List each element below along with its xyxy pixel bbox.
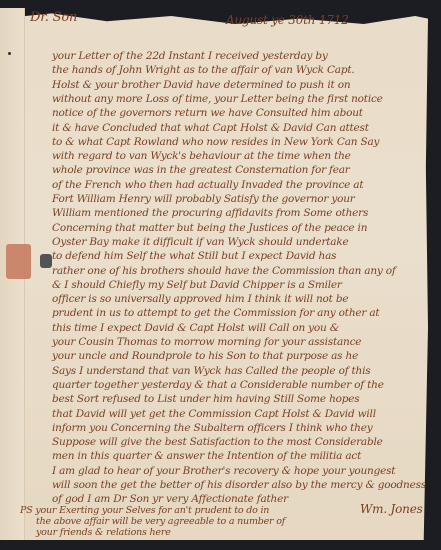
letter-line: it & have Concluded that what Capt Holst… (52, 122, 427, 134)
letter-line: Fort William Henry will probably Satisfy… (52, 193, 427, 205)
letter-line: best Sort refused to List under him havi… (52, 393, 427, 405)
letter-line: Suppose will give the best Satisfaction … (52, 436, 427, 448)
letter-line: notice of the governors return we have C… (52, 107, 427, 119)
ink-blot (40, 254, 52, 268)
letter-line: Holst & your brother David have determin… (52, 79, 427, 91)
signature: Wm. Jones (360, 502, 423, 516)
postscript-line: PS your Exerting your Selves for an't pr… (20, 505, 269, 516)
letter-line: to defend him Self the what Still but I … (52, 250, 427, 262)
wax-seal-remnant (6, 244, 31, 279)
letter-line: Oyster Bay make it difficult if van Wyck… (52, 236, 427, 248)
postscript-line: your friends & relations here (36, 527, 171, 538)
letter-line: whole province was in the greatest Const… (52, 164, 427, 176)
letter-line: without any more Loss of time, your Lett… (52, 93, 427, 105)
letter-line: Says I understand that van Wyck has Call… (52, 365, 427, 377)
letter-line: that David will yet get the Commission C… (52, 408, 427, 420)
letter-line: the hands of John Wright as to the affai… (52, 64, 427, 76)
letter-line: will soon the get the better of his diso… (52, 479, 427, 491)
letter-line: with regard to van Wyck's behaviour at t… (52, 150, 427, 162)
postscript-line: the above affair will be very agreeable … (36, 516, 285, 527)
letter-line: I am glad to hear of your Brother's reco… (52, 465, 427, 477)
letter-line: William mentioned the procuring affidavi… (52, 207, 427, 219)
letter-line: Concerning that matter but being the Jus… (52, 222, 427, 234)
letter-line: this time I expect David & Capt Holst wi… (52, 322, 427, 334)
letter-line: & I should Chiefly my Self but David Chi… (52, 279, 427, 291)
letter-line: your uncle and Roundprole to his Son to … (52, 350, 427, 362)
salutation: Dr. Son (30, 10, 77, 25)
letter-date: August ye 30th 1712 (226, 13, 349, 27)
letter-line: your Cousin Thomas to morrow morning for… (52, 336, 427, 348)
letter-line: inform you Concerning the Subaltern offi… (52, 422, 427, 434)
letter-line: to & what Capt Rowland who now resides i… (52, 136, 427, 148)
letter-line: rather one of his brothers should have t… (52, 265, 427, 277)
letter-line: of the French who then had actually Inva… (52, 179, 427, 191)
letter-line: officer is so universally approved him I… (52, 293, 427, 305)
letter-line: prudent in us to attempt to get the Comm… (52, 307, 427, 319)
letter-line: men in this quarter & answer the Intenti… (52, 450, 427, 462)
letter-line: quarter together yesterday & that a Cons… (52, 379, 427, 391)
letter-line: your Letter of the 22d Instant I receive… (52, 50, 427, 62)
ink-dot (8, 52, 11, 55)
